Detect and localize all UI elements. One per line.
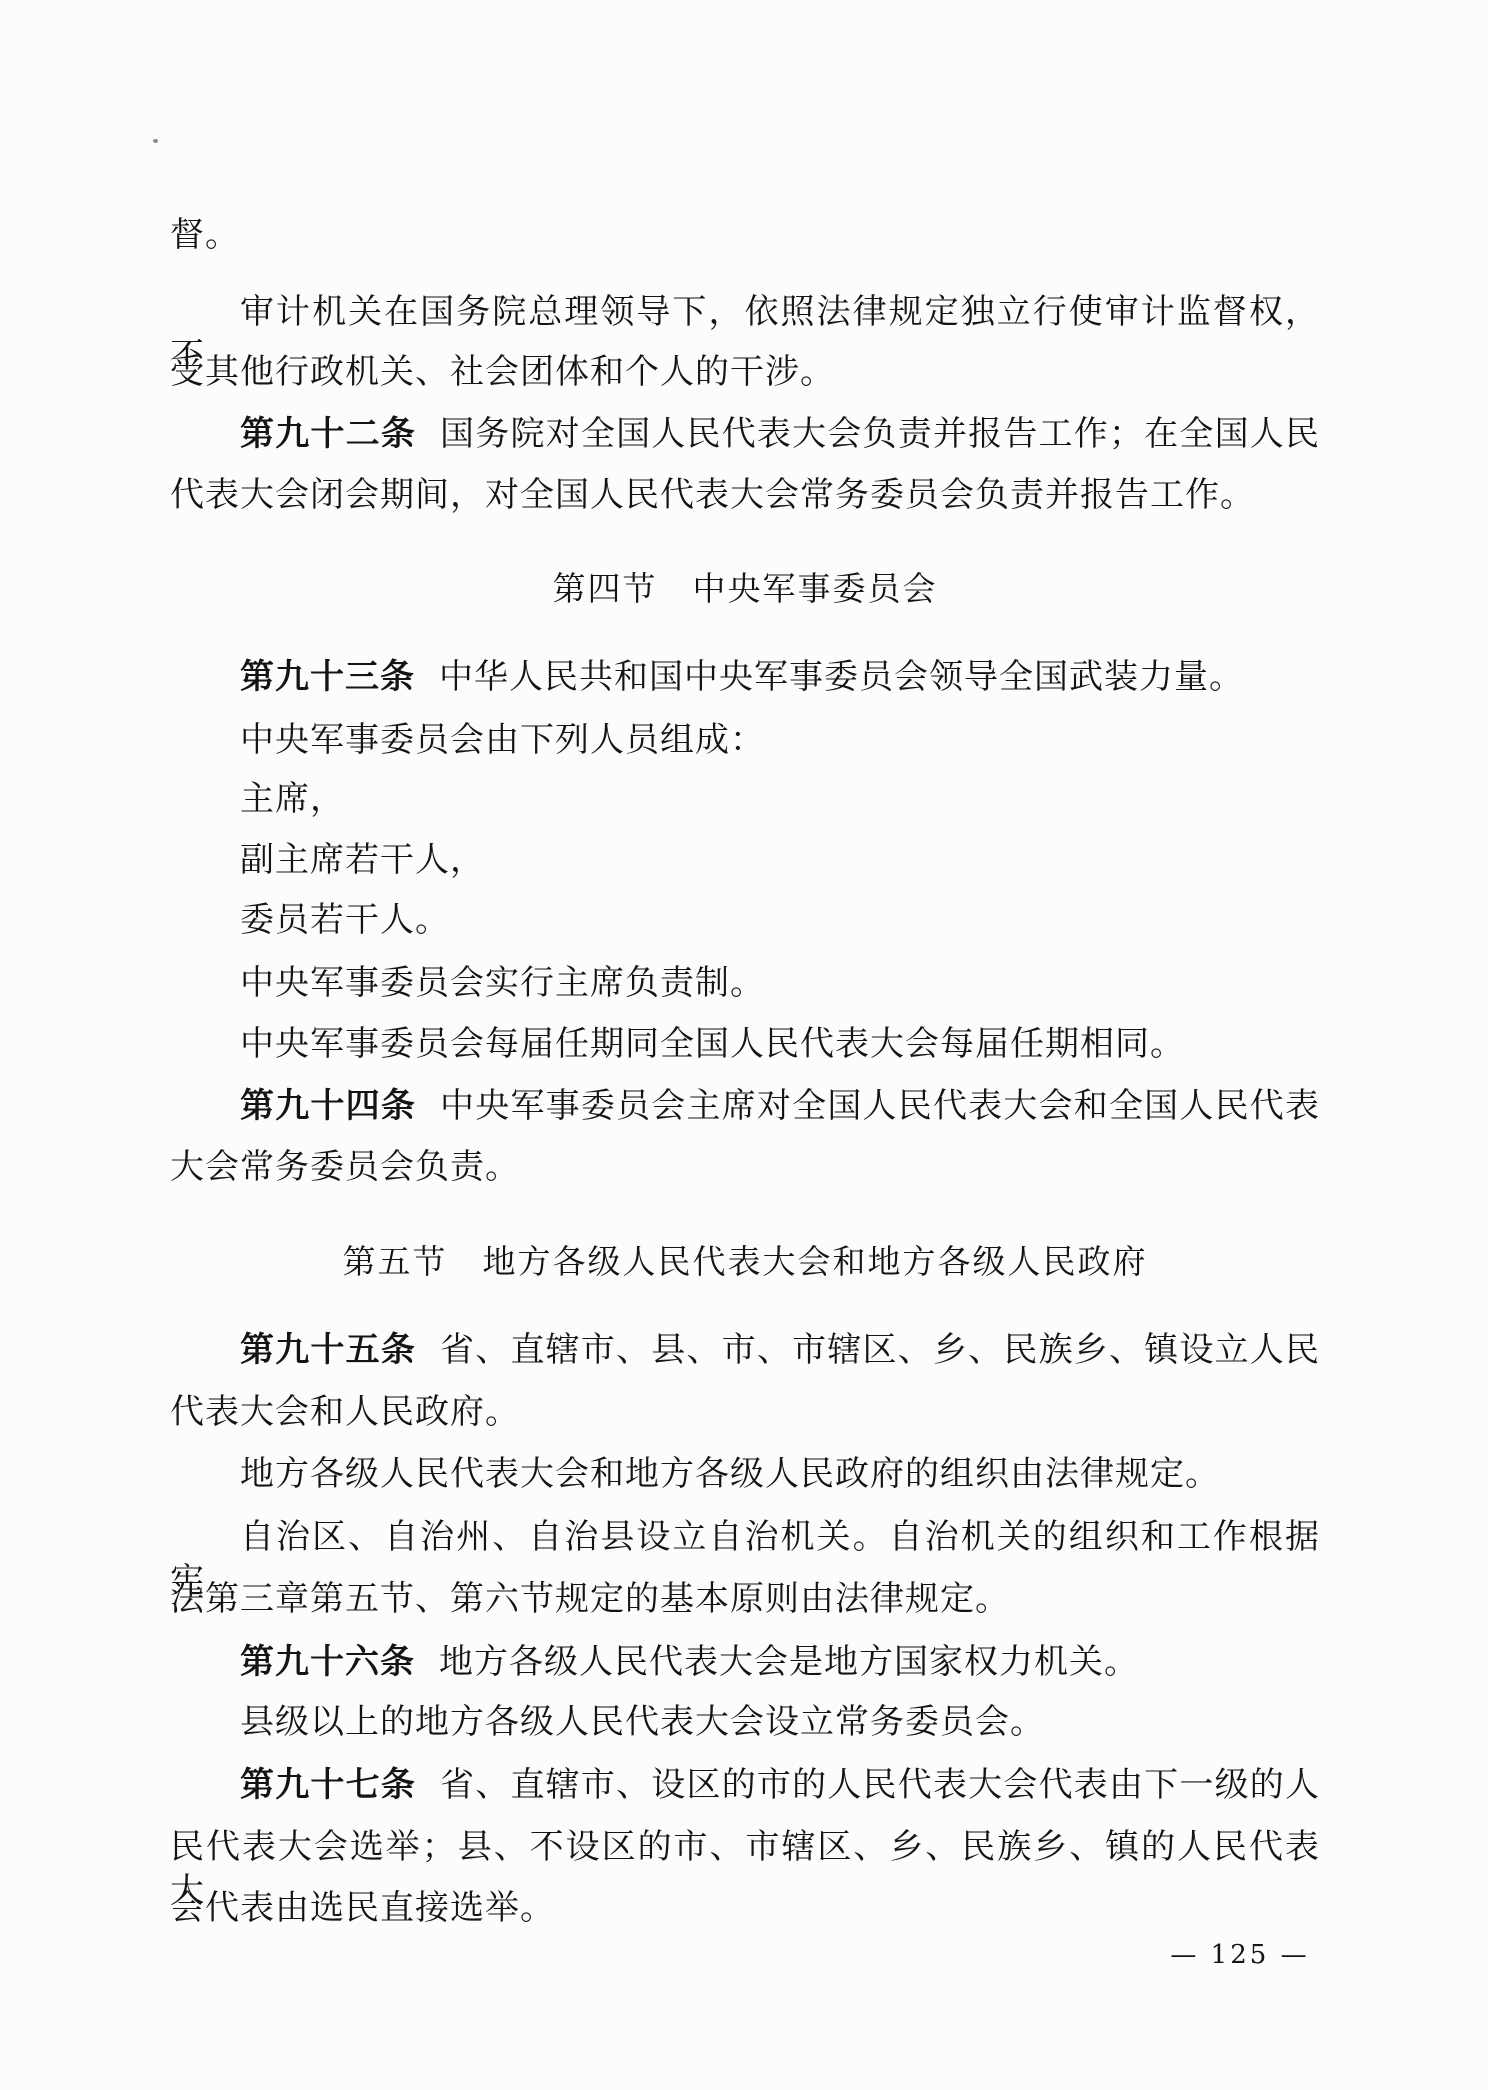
article-number: 第九十六条	[240, 1642, 415, 1682]
document-page: 督。 审计机关在国务院总理领导下，依照法律规定独立行使审计监督权，不 受其他行政…	[0, 0, 1488, 2090]
line-text: 督。	[170, 215, 240, 255]
section-heading: 第五节 地方各级人民代表大会和地方各级人民政府	[170, 1236, 1320, 1283]
text-line: 代表大会和人民政府。	[170, 1390, 1320, 1434]
text-line: 地方各级人民代表大会和地方各级人民政府的组织由法律规定。	[170, 1452, 1320, 1496]
line-text: 地方各级人民代表大会和地方各级人民政府的组织由法律规定。	[240, 1454, 1220, 1494]
text-line: 会代表由选民直接选举。	[170, 1886, 1320, 1930]
text-line: 委员若干人。	[170, 898, 1320, 942]
text-line: 代表大会闭会期间，对全国人民代表大会常务委员会负责并报告工作。	[170, 473, 1320, 517]
line-text: 代表大会闭会期间，对全国人民代表大会常务委员会负责并报告工作。	[170, 475, 1255, 515]
page-number: — 125 —	[1140, 1940, 1340, 1970]
line-text: 委员若干人。	[240, 900, 450, 940]
text-line: 中央军事委员会实行主席负责制。	[170, 961, 1320, 1005]
article-number: 第九十四条	[240, 1086, 416, 1126]
heading-text: 第五节 地方各级人民代表大会和地方各级人民政府	[343, 1242, 1148, 1281]
scan-speck	[153, 139, 158, 143]
text-line: 第九十七条省、直辖市、设区的市的人民代表大会代表由下一级的人	[170, 1763, 1320, 1807]
text-line: 督。	[170, 213, 1320, 257]
text-line: 第九十五条省、直辖市、县、市、市辖区、乡、民族乡、镇设立人民	[170, 1328, 1320, 1372]
text-line: 县级以上的地方各级人民代表大会设立常务委员会。	[170, 1700, 1320, 1744]
line-text: 国务院对全国人民代表大会负责并报告工作；在全国人民	[440, 414, 1320, 454]
line-text: 主席，	[240, 779, 345, 819]
article-number: 第九十五条	[240, 1330, 416, 1370]
line-text: 法第三章第五节、第六节规定的基本原则由法律规定。	[170, 1579, 1010, 1619]
article-number: 第九十三条	[240, 657, 415, 697]
text-line: 第九十二条国务院对全国人民代表大会负责并报告工作；在全国人民	[170, 412, 1320, 456]
line-text: 中央军事委员会由下列人员组成：	[240, 720, 765, 760]
text-line: 中央军事委员会每届任期同全国人民代表大会每届任期相同。	[170, 1022, 1320, 1066]
text-line: 受其他行政机关、社会团体和个人的干涉。	[170, 350, 1320, 394]
text-line: 大会常务委员会负责。	[170, 1145, 1320, 1189]
article-number: 第九十七条	[240, 1765, 416, 1805]
text-line: 第九十三条中华人民共和国中央军事委员会领导全国武装力量。	[170, 655, 1320, 699]
text-line: 法第三章第五节、第六节规定的基本原则由法律规定。	[170, 1577, 1320, 1621]
text-line: 第九十六条地方各级人民代表大会是地方国家权力机关。	[170, 1640, 1320, 1684]
article-number: 第九十二条	[240, 414, 416, 454]
line-text: 代表大会和人民政府。	[170, 1392, 520, 1432]
line-text: 中央军事委员会主席对全国人民代表大会和全国人民代表	[440, 1086, 1320, 1126]
line-text: 受其他行政机关、社会团体和个人的干涉。	[170, 352, 835, 392]
heading-text: 第四节 中央军事委员会	[553, 569, 938, 608]
line-text: 中央军事委员会实行主席负责制。	[240, 963, 765, 1003]
line-text: 县级以上的地方各级人民代表大会设立常务委员会。	[240, 1702, 1045, 1742]
text-line: 副主席若干人，	[170, 838, 1320, 882]
line-text: 会代表由选民直接选举。	[170, 1888, 555, 1928]
line-text: 省、直辖市、设区的市的人民代表大会代表由下一级的人	[440, 1765, 1320, 1805]
text-line: 主席，	[170, 777, 1320, 821]
section-heading: 第四节 中央军事委员会	[170, 563, 1320, 610]
line-text: 中央军事委员会每届任期同全国人民代表大会每届任期相同。	[240, 1024, 1185, 1064]
text-line: 第九十四条中央军事委员会主席对全国人民代表大会和全国人民代表	[170, 1084, 1320, 1128]
line-text: 地方各级人民代表大会是地方国家权力机关。	[439, 1642, 1139, 1682]
line-text: 省、直辖市、县、市、市辖区、乡、民族乡、镇设立人民	[440, 1330, 1320, 1370]
line-text: 中华人民共和国中央军事委员会领导全国武装力量。	[439, 657, 1244, 697]
text-line: 中央军事委员会由下列人员组成：	[170, 718, 1320, 762]
line-text: 大会常务委员会负责。	[170, 1147, 520, 1187]
line-text: 副主席若干人，	[240, 840, 485, 880]
